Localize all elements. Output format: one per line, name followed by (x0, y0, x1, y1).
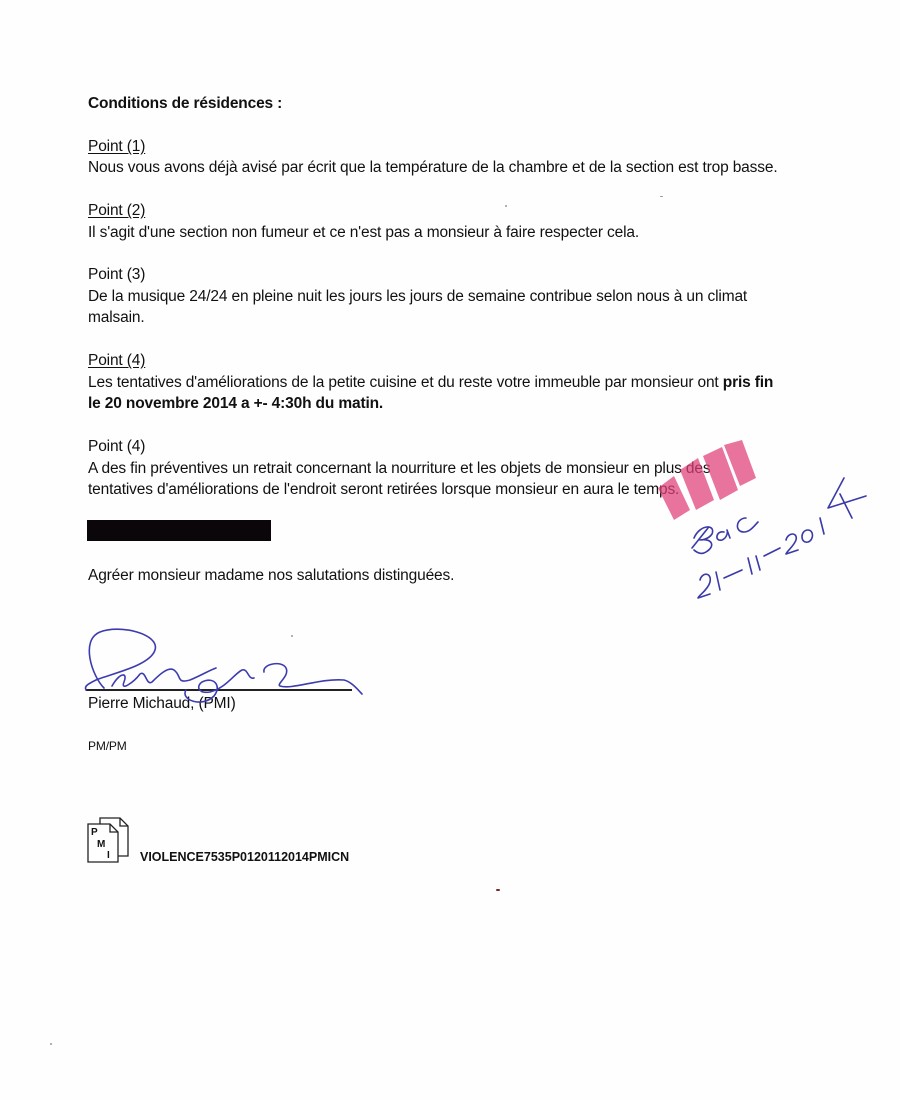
point-2-text: Il s'agit d'une section non fumeur et ce… (88, 222, 639, 243)
handwritten-date-note (692, 478, 866, 598)
scan-speck (505, 205, 507, 207)
point-3-text-line1: De la musique 24/24 en pleine nuit les j… (88, 286, 747, 307)
logo-letter-p: P (91, 827, 98, 838)
pmi-document-icon: P M I (86, 816, 136, 864)
point-4-text-line1: Les tentatives d'améliorations de la pet… (88, 372, 773, 393)
signature-scribble (85, 629, 362, 702)
scan-speck (496, 889, 500, 891)
point-4-label: Point (4) (88, 350, 145, 371)
point-4-text-bold: pris fin (723, 374, 773, 391)
logo-letter-m: M (97, 839, 105, 850)
point-2-label: Point (2) (88, 200, 145, 221)
point-3-text-line2: malsain. (88, 307, 145, 328)
logo-letter-i: I (107, 850, 110, 861)
signatory-name: Pierre Michaud, (PMI) (88, 693, 236, 714)
reference-code: VIOLENCE7535P0120112014PMICN (140, 850, 349, 864)
scanned-letter-page: Conditions de résidences : Point (1) Nou… (0, 0, 900, 1100)
section-heading: Conditions de résidences : (88, 93, 282, 114)
point-3-label: Point (3) (88, 264, 145, 285)
point-4-text-regular: Les tentatives d'améliorations de la pet… (88, 374, 723, 391)
point-1-label: Point (1) (88, 136, 145, 157)
scan-speck (50, 1043, 52, 1045)
point-5-label: Point (4) (88, 436, 145, 457)
closing-salutation: Agréer monsieur madame nos salutations d… (88, 565, 454, 586)
redaction-bar (87, 520, 271, 541)
point-5-text-line1: A des fin préventives un retrait concern… (88, 458, 710, 479)
point-1-text: Nous vous avons déjà avisé par écrit que… (88, 157, 777, 178)
initials: PM/PM (88, 736, 127, 757)
point-5-text-line2: tentatives d'améliorations de l'endroit … (88, 479, 679, 500)
scan-speck (291, 635, 293, 637)
signature-line (86, 689, 352, 691)
point-4-text-line2: le 20 novembre 2014 a +- 4:30h du matin. (88, 393, 383, 414)
scan-speck (660, 196, 663, 197)
